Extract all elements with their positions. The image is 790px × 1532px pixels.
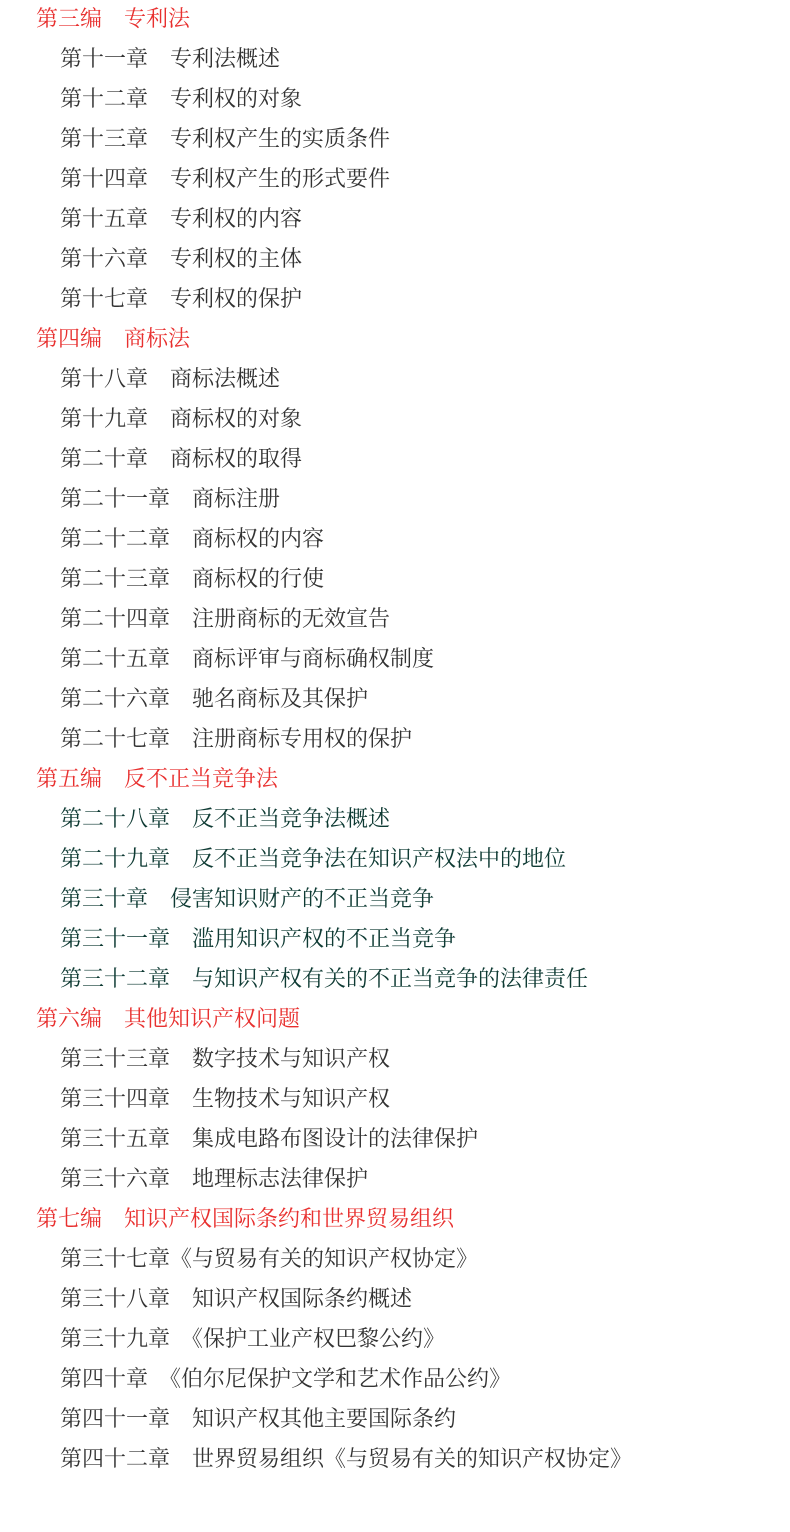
part-heading-4[interactable]: 第四编商标法: [0, 320, 790, 360]
chapter-number: 第二十八章: [60, 800, 170, 840]
chapter-item[interactable]: 第二十四章注册商标的无效宣告: [0, 600, 790, 640]
table-of-contents: 第三编专利法 第十一章专利法概述 第十二章专利权的对象 第十三章专利权产生的实质…: [0, 0, 790, 1480]
part-title: 知识产权国际条约和世界贸易组织: [124, 1207, 454, 1232]
chapter-title: 集成电路布图设计的法律保护: [192, 1127, 478, 1152]
chapter-title: 专利权的保护: [170, 287, 302, 312]
chapter-title: 知识产权其他主要国际条约: [192, 1407, 456, 1432]
chapter-number: 第三十二章: [60, 960, 170, 1000]
chapter-title: 商标权的对象: [170, 407, 302, 432]
chapter-title: 《保护工业产权巴黎公约》: [181, 1327, 445, 1352]
chapter-number: 第十九章: [60, 400, 148, 440]
chapter-title: 数字技术与知识产权: [192, 1047, 390, 1072]
chapter-number: 第二十二章: [60, 520, 170, 560]
chapter-number: 第十四章: [60, 160, 148, 200]
chapter-item[interactable]: 第十五章专利权的内容: [0, 200, 790, 240]
chapter-title: 滥用知识产权的不正当竞争: [192, 927, 456, 952]
chapter-number: 第二十章: [60, 440, 148, 480]
chapter-number: 第二十四章: [60, 600, 170, 640]
chapter-item[interactable]: 第三十三章数字技术与知识产权: [0, 1040, 790, 1080]
chapter-number: 第十二章: [60, 80, 148, 120]
chapter-item[interactable]: 第二十一章商标注册: [0, 480, 790, 520]
chapter-title: 反不正当竞争法在知识产权法中的地位: [192, 847, 566, 872]
chapter-number: 第十六章: [60, 240, 148, 280]
chapter-number: 第二十六章: [60, 680, 170, 720]
chapter-number: 第四十一章: [60, 1400, 170, 1440]
chapter-item[interactable]: 第三十七章《与贸易有关的知识产权协定》: [0, 1240, 790, 1280]
chapter-title: 与知识产权有关的不正当竞争的法律责任: [192, 967, 588, 992]
chapter-item[interactable]: 第二十二章商标权的内容: [0, 520, 790, 560]
chapter-item[interactable]: 第二十章商标权的取得: [0, 440, 790, 480]
chapter-item[interactable]: 第三十四章生物技术与知识产权: [0, 1080, 790, 1120]
chapter-title: 注册商标专用权的保护: [192, 727, 412, 752]
part-number: 第四编: [36, 320, 102, 360]
chapter-title: 商标注册: [192, 487, 280, 512]
chapter-item[interactable]: 第二十八章反不正当竞争法概述: [0, 800, 790, 840]
chapter-item[interactable]: 第三十八章知识产权国际条约概述: [0, 1280, 790, 1320]
chapter-number: 第十五章: [60, 200, 148, 240]
chapter-title: 侵害知识财产的不正当竞争: [170, 887, 434, 912]
chapter-number: 第三十六章: [60, 1160, 170, 1200]
chapter-number: 第二十三章: [60, 560, 170, 600]
chapter-title: 生物技术与知识产权: [192, 1087, 390, 1112]
chapter-item[interactable]: 第十九章商标权的对象: [0, 400, 790, 440]
chapter-number: 第三十章: [60, 880, 148, 920]
part-heading-6[interactable]: 第六编其他知识产权问题: [0, 1000, 790, 1040]
part-heading-5[interactable]: 第五编反不正当竞争法: [0, 760, 790, 800]
chapter-item[interactable]: 第三十章侵害知识财产的不正当竞争: [0, 880, 790, 920]
chapter-title: 反不正当竞争法概述: [192, 807, 390, 832]
part-title: 商标法: [124, 327, 190, 352]
chapter-item[interactable]: 第十六章专利权的主体: [0, 240, 790, 280]
chapter-title: 专利权的内容: [170, 207, 302, 232]
chapter-title: 世界贸易组织《与贸易有关的知识产权协定》: [192, 1447, 632, 1472]
chapter-number: 第二十七章: [60, 720, 170, 760]
chapter-item[interactable]: 第二十五章商标评审与商标确权制度: [0, 640, 790, 680]
chapter-title: 驰名商标及其保护: [192, 687, 368, 712]
chapter-item[interactable]: 第十八章商标法概述: [0, 360, 790, 400]
chapter-title: 注册商标的无效宣告: [192, 607, 390, 632]
chapter-item[interactable]: 第三十六章地理标志法律保护: [0, 1160, 790, 1200]
chapter-title: 商标权的内容: [192, 527, 324, 552]
chapter-number: 第十一章: [60, 40, 148, 80]
chapter-title: 商标权的行使: [192, 567, 324, 592]
chapter-title: 地理标志法律保护: [192, 1167, 368, 1192]
chapter-item[interactable]: 第二十九章反不正当竞争法在知识产权法中的地位: [0, 840, 790, 880]
chapter-title: 商标评审与商标确权制度: [192, 647, 434, 672]
chapter-item[interactable]: 第四十二章世界贸易组织《与贸易有关的知识产权协定》: [0, 1440, 790, 1480]
chapter-item[interactable]: 第三十九章《保护工业产权巴黎公约》: [0, 1320, 790, 1360]
chapter-title: 专利权产生的实质条件: [170, 127, 390, 152]
chapter-number: 第三十九章: [60, 1320, 170, 1360]
chapter-number: 第十八章: [60, 360, 148, 400]
chapter-title: 专利权的主体: [170, 247, 302, 272]
chapter-title: 商标权的取得: [170, 447, 302, 472]
chapter-item[interactable]: 第二十七章注册商标专用权的保护: [0, 720, 790, 760]
chapter-title: 商标法概述: [170, 367, 280, 392]
chapter-number: 第三十一章: [60, 920, 170, 960]
part-number: 第七编: [36, 1200, 102, 1240]
chapter-item[interactable]: 第三十五章集成电路布图设计的法律保护: [0, 1120, 790, 1160]
chapter-number: 第三十五章: [60, 1120, 170, 1160]
part-heading-7[interactable]: 第七编知识产权国际条约和世界贸易组织: [0, 1200, 790, 1240]
chapter-number: 第十七章: [60, 280, 148, 320]
chapter-item[interactable]: 第十四章专利权产生的形式要件: [0, 160, 790, 200]
part-heading-3[interactable]: 第三编专利法: [0, 0, 790, 40]
part-title: 其他知识产权问题: [124, 1007, 300, 1032]
chapter-item[interactable]: 第三十二章与知识产权有关的不正当竞争的法律责任: [0, 960, 790, 1000]
chapter-item[interactable]: 第二十三章商标权的行使: [0, 560, 790, 600]
chapter-title: 知识产权国际条约概述: [192, 1287, 412, 1312]
chapter-number: 第四十二章: [60, 1440, 170, 1480]
chapter-number: 第三十四章: [60, 1080, 170, 1120]
part-title: 反不正当竞争法: [124, 767, 278, 792]
part-number: 第六编: [36, 1000, 102, 1040]
chapter-title: 专利权的对象: [170, 87, 302, 112]
part-number: 第三编: [36, 0, 102, 40]
chapter-number: 第二十五章: [60, 640, 170, 680]
part-title: 专利法: [124, 7, 190, 32]
chapter-number: 第二十九章: [60, 840, 170, 880]
chapter-item[interactable]: 第二十六章驰名商标及其保护: [0, 680, 790, 720]
chapter-number: 第四十章: [60, 1360, 148, 1400]
chapter-number: 第三十三章: [60, 1040, 170, 1080]
chapter-number: 第三十八章: [60, 1280, 170, 1320]
chapter-title: 专利法概述: [170, 47, 280, 72]
chapter-number: 第二十一章: [60, 480, 170, 520]
part-number: 第五编: [36, 760, 102, 800]
chapter-item[interactable]: 第四十一章知识产权其他主要国际条约: [0, 1400, 790, 1440]
chapter-title: 《与贸易有关的知识产权协定》: [170, 1247, 478, 1272]
chapter-item[interactable]: 第十二章专利权的对象: [0, 80, 790, 120]
chapter-item[interactable]: 第十三章专利权产生的实质条件: [0, 120, 790, 160]
chapter-item[interactable]: 第十一章专利法概述: [0, 40, 790, 80]
chapter-title: 《伯尔尼保护文学和艺术作品公约》: [159, 1367, 511, 1392]
chapter-item[interactable]: 第三十一章滥用知识产权的不正当竞争: [0, 920, 790, 960]
chapter-number: 第三十七章: [60, 1240, 170, 1280]
chapter-title: 专利权产生的形式要件: [170, 167, 390, 192]
chapter-number: 第十三章: [60, 120, 148, 160]
chapter-item[interactable]: 第四十章《伯尔尼保护文学和艺术作品公约》: [0, 1360, 790, 1400]
chapter-item[interactable]: 第十七章专利权的保护: [0, 280, 790, 320]
